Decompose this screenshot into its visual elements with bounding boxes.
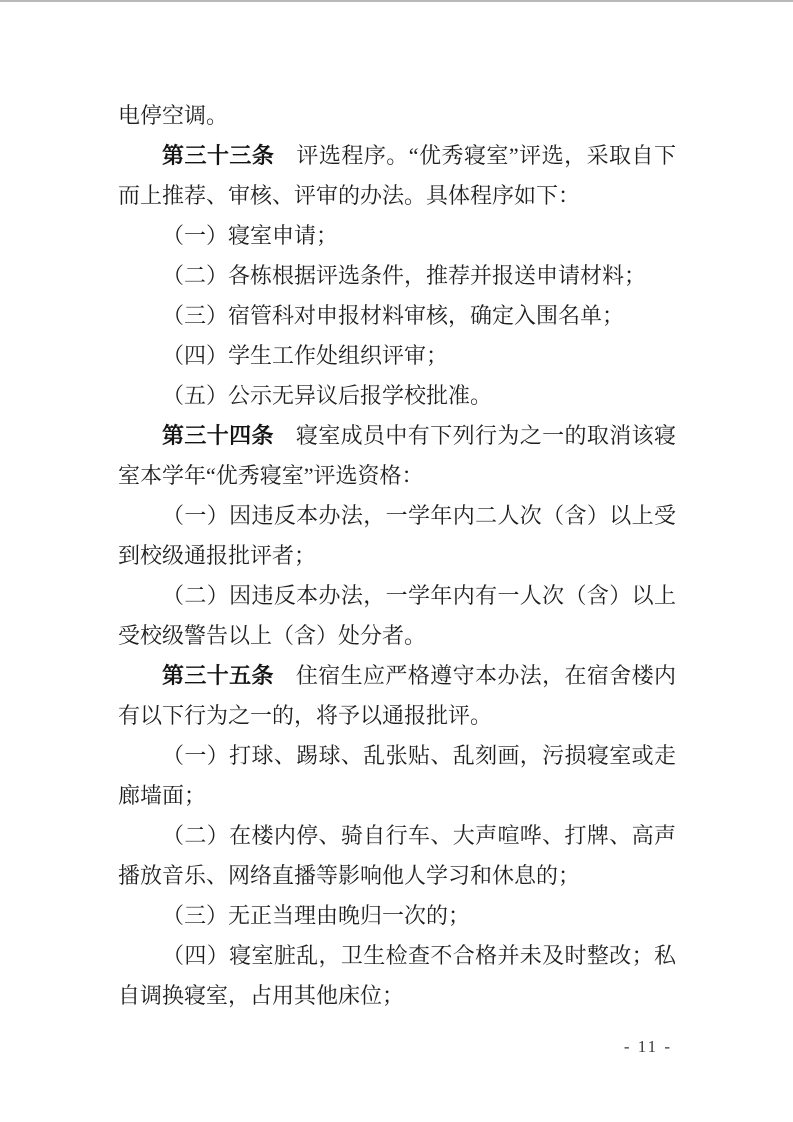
page-number: - 11 - [588, 1036, 708, 1058]
scan-edge-artifact [0, 0, 793, 2]
article-33-paragraph: 第三十三条评选程序。“优秀寝室”评选，采取自下而上推荐、审核、评审的办法。具体程… [118, 136, 676, 216]
list-item-35-1: （一）打球、踢球、乱张贴、乱刻画，污损寝室或走廊墙面； [118, 736, 676, 816]
article-34-heading: 第三十四条 [162, 423, 274, 448]
list-item-33-4: （四）学生工作处组织评审； [118, 336, 676, 376]
list-item-33-1: （一）寝室申请； [118, 216, 676, 256]
article-34-paragraph: 第三十四条寝室成员中有下列行为之一的取消该寝室本学年“优秀寝室”评选资格： [118, 416, 676, 496]
document-page: 电停空调。 第三十三条评选程序。“优秀寝室”评选，采取自下而上推荐、审核、评审的… [0, 0, 793, 1122]
document-body: 电停空调。 第三十三条评选程序。“优秀寝室”评选，采取自下而上推荐、审核、评审的… [118, 96, 676, 1016]
list-item-35-2: （二）在楼内停、骑自行车、大声喧哗、打牌、高声播放音乐、网络直播等影响他人学习和… [118, 816, 676, 896]
article-33-heading: 第三十三条 [162, 143, 274, 168]
paragraph-continuation: 电停空调。 [118, 96, 676, 136]
article-35-paragraph: 第三十五条住宿生应严格遵守本办法，在宿舍楼内有以下行为之一的，将予以通报批评。 [118, 656, 676, 736]
list-item-35-4: （四）寝室脏乱，卫生检查不合格并未及时整改；私自调换寝室，占用其他床位； [118, 936, 676, 1016]
list-item-34-2: （二）因违反本办法，一学年内有一人次（含）以上受校级警告以上（含）处分者。 [118, 576, 676, 656]
article-35-heading: 第三十五条 [162, 663, 274, 688]
list-item-33-3: （三）宿管科对申报材料审核，确定入围名单； [118, 296, 676, 336]
list-item-35-3: （三）无正当理由晚归一次的； [118, 896, 676, 936]
list-item-33-5: （五）公示无异议后报学校批准。 [118, 376, 676, 416]
list-item-33-2: （二）各栋根据评选条件，推荐并报送申请材料； [118, 256, 676, 296]
list-item-34-1: （一）因违反本办法，一学年内二人次（含）以上受到校级通报批评者； [118, 496, 676, 576]
